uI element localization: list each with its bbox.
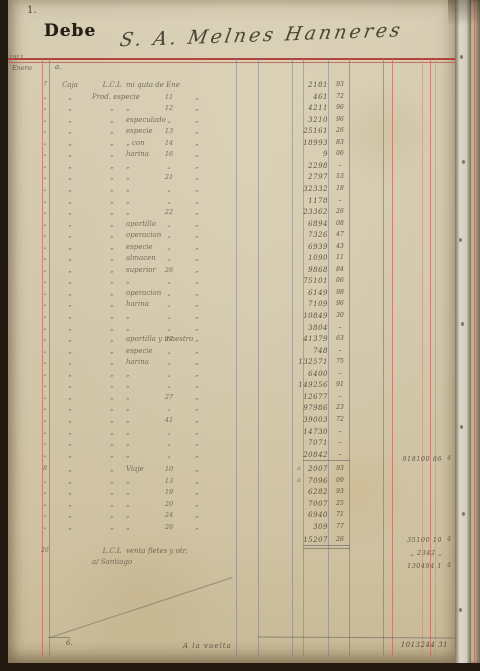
ledger-row: „„„„22„2336226: [8, 207, 455, 218]
cell-d: „: [190, 172, 204, 182]
cell-n: „: [160, 230, 178, 240]
right-total: 35100 10: [380, 536, 442, 544]
cell-cts: 26: [332, 207, 348, 217]
cell-c: „: [126, 522, 190, 532]
cell-a: „: [57, 115, 83, 125]
cell-n: „: [160, 346, 178, 356]
cell-amt: 32332: [248, 184, 328, 194]
cell-amt: 6282: [248, 487, 328, 497]
cell-c: „: [126, 510, 190, 520]
adjacent-page-edge: [471, 0, 480, 663]
cell-cts: 75: [332, 357, 348, 367]
cell-c: „ con: [126, 138, 190, 148]
cell-amt: 4211: [248, 103, 328, 113]
cell-cts: 77: [332, 522, 348, 532]
ledger-row: 7CajaL.C.Lmi quta de Ene218193: [8, 80, 455, 91]
cell-cts: –: [332, 161, 348, 171]
cell-d: „: [190, 346, 204, 356]
cell-n: „: [160, 184, 178, 194]
cell-c: Viaje: [126, 464, 190, 474]
cell-cts: –: [332, 427, 348, 437]
cell-d: „: [190, 438, 204, 448]
cell-d: „: [190, 392, 204, 402]
cell-c: operacion: [126, 230, 190, 240]
corner-shadow: [448, 0, 480, 26]
cell-cts: –: [332, 450, 348, 460]
ledger-row: „„„especie„„748–: [8, 346, 455, 357]
cell-amt: 6400: [248, 369, 328, 379]
cell-a: „: [57, 230, 83, 240]
cell-n: „: [160, 242, 178, 252]
cell-d: „: [190, 522, 204, 532]
ledger-row: „„„„„„6400–: [8, 369, 455, 380]
cell-c: aportillo: [126, 219, 190, 229]
cell-day: „: [38, 242, 52, 252]
cell-cts: 43: [332, 242, 348, 252]
cell-d: „: [190, 323, 204, 333]
fold-speck: [462, 160, 465, 164]
ledger-row: „„„operacion„„732647: [8, 230, 455, 241]
cell-day: „: [38, 219, 52, 229]
cell-amt: 1178: [248, 196, 328, 206]
cell-amt: 9868: [248, 265, 328, 275]
cell-amt: 2181: [248, 80, 328, 90]
cell-cts: 98: [332, 288, 348, 298]
cell-amt: 7096: [248, 476, 328, 486]
cell-c: „: [126, 450, 190, 460]
cell-d: „: [190, 265, 204, 275]
cell-amt: 18993: [248, 138, 328, 148]
cell-c: „: [126, 172, 190, 182]
cell-cts: 06: [332, 149, 348, 159]
ledger-row: „„„almacen„„109011: [8, 253, 455, 264]
cell-a: „: [57, 92, 83, 102]
cell-c: superior: [126, 265, 190, 275]
cell-amt: 10849: [248, 311, 328, 321]
ledger-row: „„„especie„„693943: [8, 242, 455, 253]
cell-amt: 41379: [248, 334, 328, 344]
cell-c: harina: [126, 149, 190, 159]
cell-c: „: [126, 103, 190, 113]
cell-a: „: [57, 346, 83, 356]
cell-d: „: [190, 369, 204, 379]
cell-d: „: [190, 288, 204, 298]
cell-d: „: [190, 115, 204, 125]
cell-d: „: [190, 357, 204, 367]
right-total-mark: 4: [444, 455, 454, 462]
fold-speck: [461, 322, 464, 326]
cell-cts: –: [332, 323, 348, 333]
cell-n: „: [160, 219, 178, 229]
cell-amt: 14730: [248, 427, 328, 437]
cell-cts: 09: [332, 476, 348, 486]
cell-cts: –: [332, 369, 348, 379]
cell-n: „: [160, 357, 178, 367]
cell-c: almacen: [126, 253, 190, 263]
cell-cts: 53: [332, 172, 348, 182]
cell-day: „: [38, 438, 52, 448]
cell-n: 24: [160, 510, 178, 520]
cell-d: „: [190, 149, 204, 159]
cell-cts: 96: [332, 299, 348, 309]
cell-day: „: [38, 510, 52, 520]
ledger-row: „„„„„„3233218: [8, 184, 455, 195]
cell-d: „: [190, 161, 204, 171]
cell-c: „: [126, 403, 190, 413]
cell-amt: 309: [248, 522, 328, 532]
cell-day: 26: [38, 546, 52, 556]
cell-c: „: [126, 415, 190, 425]
cell-amt: 75101: [248, 276, 328, 286]
cell-a: Caja: [57, 80, 83, 90]
cell-d: „: [190, 450, 204, 460]
cell-n: 19: [160, 487, 178, 497]
ledger-row: „„„„„„1084930: [8, 311, 455, 322]
cell-c: venta fletes y otr.: [126, 546, 190, 556]
cell-day: „: [38, 499, 52, 509]
cell-d: „: [190, 464, 204, 474]
cell-n: „: [160, 196, 178, 206]
cell-cts: 83: [332, 138, 348, 148]
cell-amt: 39003: [248, 415, 328, 425]
fold-speck: [460, 55, 463, 59]
cell-day: 7: [38, 80, 52, 90]
cell-c: „: [126, 487, 190, 497]
cell-a: „: [57, 265, 83, 275]
ledger-row: „„„superior26„986884: [8, 265, 455, 276]
cell-c: operacion: [126, 288, 190, 298]
cell-a: „: [57, 522, 83, 532]
cell-cts: 30: [332, 311, 348, 321]
ledger-row: „„„especie13„2516126: [8, 126, 455, 137]
cell-a: „: [57, 415, 83, 425]
cell-n: 22: [160, 207, 178, 217]
cell-c: „: [126, 161, 190, 171]
cell-amt: 23362: [248, 207, 328, 217]
ledger-row: „„„„„„7071–: [8, 438, 455, 449]
cell-c: „: [126, 476, 190, 486]
cell-day: „: [38, 196, 52, 206]
cell-a: „: [57, 380, 83, 390]
cell-n: 21: [160, 172, 178, 182]
cell-c: especie: [126, 126, 190, 136]
cell-day: „: [38, 415, 52, 425]
cell-cts: 47: [332, 230, 348, 240]
right-total-mark: 4: [444, 562, 454, 569]
ledger-row: „„„„12„421196: [8, 103, 455, 114]
cell-day: „: [38, 357, 52, 367]
cell-day: „: [38, 369, 52, 379]
cell-n: „: [160, 403, 178, 413]
viaje-row: „„„„24„694071: [8, 510, 455, 521]
cell-d: „: [190, 184, 204, 194]
cell-a: „: [57, 138, 83, 148]
cell-n: 10: [160, 464, 178, 474]
cell-d: „: [190, 427, 204, 437]
cell-day: „: [38, 334, 52, 344]
cell-d: „: [190, 299, 204, 309]
ledger-row: „„„aportilla y maestro27„4137963: [8, 334, 455, 345]
cell-n: 11: [160, 92, 178, 102]
cell-a: „: [57, 476, 83, 486]
cell-amt: 149256: [248, 380, 328, 390]
cell-a: „: [57, 427, 83, 437]
cell-c: „: [126, 499, 190, 509]
ledger-row: „„„„41„3900372: [8, 415, 455, 426]
cell-day: „: [38, 207, 52, 217]
cell-a: „: [57, 392, 83, 402]
cell-a: „: [57, 464, 83, 474]
cell-a: „: [57, 357, 83, 367]
cell-day: „: [38, 103, 52, 113]
ledger-row: „„„harina„„13257175: [8, 357, 455, 368]
cell-c: „: [126, 196, 190, 206]
grand-total-value: 1013244 31: [380, 641, 448, 649]
cell-cts: 72: [332, 415, 348, 425]
cell-a: „: [57, 149, 83, 159]
cell-c: „: [126, 438, 190, 448]
cell-day: „: [38, 403, 52, 413]
cell-c: „: [126, 380, 190, 390]
cell-n: 12: [160, 103, 178, 113]
cell-cts: 93: [332, 487, 348, 497]
right-total: „ 2342 „: [380, 549, 442, 557]
cell-d: „: [190, 138, 204, 148]
cell-a: „: [57, 126, 83, 136]
cell-cts: 84: [332, 265, 348, 275]
cell-amt: 2007: [248, 464, 328, 474]
ledger-row: „„„„„„9798623: [8, 403, 455, 414]
right-total-mark: 4: [444, 536, 454, 543]
cell-n: „: [160, 369, 178, 379]
adjacent-page-margin-line: [474, 0, 475, 663]
cell-d: „: [190, 311, 204, 321]
cell-c: harina: [126, 299, 190, 309]
cell-day: „: [38, 161, 52, 171]
cell-d: „: [190, 487, 204, 497]
cell-amt: 3804: [248, 323, 328, 333]
ledger-paper: 1. Debe S. A. Melnes Hanneres 1913 Enero…: [8, 0, 455, 663]
cell-day: „: [38, 172, 52, 182]
cell-amt: 748: [248, 346, 328, 356]
cell-a: „: [57, 219, 83, 229]
cell-c: „: [126, 311, 190, 321]
cell-day: „: [38, 346, 52, 356]
cell-b: Prod. especie: [92, 92, 132, 102]
cell-cts: 72: [332, 92, 348, 102]
cell-a: „: [57, 334, 83, 344]
cell-c: especulado: [126, 115, 190, 125]
cell-cts: 93: [332, 464, 348, 474]
cell-day: „: [38, 476, 52, 486]
cell-amt: 6939: [248, 242, 328, 252]
ledger-row: „„Prod. especie11„46172: [8, 92, 455, 103]
cell-amt: 3210: [248, 115, 328, 125]
cell-n: 41: [160, 415, 178, 425]
cell-a: „: [57, 103, 83, 113]
cell-cts: 91: [332, 380, 348, 390]
cell-amt: 6894: [248, 219, 328, 229]
cell-a: „: [57, 311, 83, 321]
cell-d: „: [190, 207, 204, 217]
cell-a: „: [57, 288, 83, 298]
cell-amt: 461: [248, 92, 328, 102]
cell-d: „: [190, 276, 204, 286]
cell-day: „: [38, 276, 52, 286]
cell-d: „: [190, 380, 204, 390]
cell-a: „: [57, 196, 83, 206]
cell-cts: 08: [332, 219, 348, 229]
ledger-row: „„„„„„3804–: [8, 323, 455, 334]
cell-a: „: [57, 438, 83, 448]
cell-day: „: [38, 115, 52, 125]
cell-a: „: [57, 499, 83, 509]
cell-d: „: [190, 196, 204, 206]
ledger-row: „„„„„„14730–: [8, 427, 455, 438]
cell-cts: –: [332, 346, 348, 356]
cell-n: „: [160, 380, 178, 390]
cell-amt: 25161: [248, 126, 328, 136]
ledger-row: „„„„„„14925691: [8, 380, 455, 391]
viaje-row: „„„„13„a709609: [8, 476, 455, 487]
fold-speck: [462, 512, 465, 516]
cell-n: 14: [160, 138, 178, 148]
carried-forward-label: A la vuelta: [183, 642, 232, 650]
cell-a: „: [57, 403, 83, 413]
cell-day: „: [38, 230, 52, 240]
cell-n: „: [160, 450, 178, 460]
cell-n: 16: [160, 149, 178, 159]
cell-day: „: [38, 380, 52, 390]
cell-a: „: [57, 299, 83, 309]
cell-n: „: [160, 299, 178, 309]
cell-n: 26: [160, 265, 178, 275]
cell-d: „: [190, 415, 204, 425]
ledger-row: „„„harina„„710996: [8, 299, 455, 310]
cell-a: „: [57, 323, 83, 333]
cell-day: „: [38, 138, 52, 148]
cell-c: „: [126, 392, 190, 402]
cell-day: „: [38, 487, 52, 497]
cell-cts: 93: [332, 80, 348, 90]
ledger-row: „„„„„„2298–: [8, 161, 455, 172]
cell-cts: 26: [332, 535, 348, 545]
ledger-row: „„„„27„12677–: [8, 392, 455, 403]
ledger-row: „„„„ con14„1899383: [8, 138, 455, 149]
cell-a: „: [57, 184, 83, 194]
viaje-row: „„„„26„30977: [8, 522, 455, 533]
cell-day: „: [38, 265, 52, 275]
cell-d: „: [190, 230, 204, 240]
cell-amt: 2797: [248, 172, 328, 182]
cell-cts: 23: [332, 403, 348, 413]
cell-cts: 63: [332, 334, 348, 344]
cell-cts: –: [332, 196, 348, 206]
cell-a: „: [57, 369, 83, 379]
cell-d: „: [190, 334, 204, 344]
fold-speck: [459, 238, 462, 242]
cell-cts: 96: [332, 115, 348, 125]
cell-day: „: [38, 392, 52, 402]
cell-n: „: [160, 115, 178, 125]
cell-day: „: [38, 522, 52, 532]
cell-c: „: [126, 184, 190, 194]
cell-cts: 06: [332, 276, 348, 286]
ledger-row: „„„especulado„„321096: [8, 115, 455, 126]
cell-day: „: [38, 126, 52, 136]
cell-n: „: [160, 161, 178, 171]
cell-amt: 7071: [248, 438, 328, 448]
cell-c: harina: [126, 357, 190, 367]
cell-amt: 2298: [248, 161, 328, 171]
scanned-ledger-photo: 1. Debe S. A. Melnes Hanneres 1913 Enero…: [0, 0, 480, 671]
cell-cts: –: [332, 438, 348, 448]
fold-speck: [460, 425, 463, 429]
cell-day: „: [38, 427, 52, 437]
cell-n: 27: [160, 334, 178, 344]
cell-day: „: [38, 288, 52, 298]
cell-n: 27: [160, 392, 178, 402]
cell-cts: 11: [332, 253, 348, 263]
viaje-row: 8„„Viaje10„a200793: [8, 464, 455, 475]
cell-a: „: [57, 242, 83, 252]
page-fold-edge: [455, 0, 471, 663]
cell-amt: 6940: [248, 510, 328, 520]
cell-c: mi quta de Ene: [126, 80, 190, 90]
cell-a: „: [57, 487, 83, 497]
cell-n: 13: [160, 476, 178, 486]
cell-d: „: [190, 476, 204, 486]
cell-d: „: [190, 126, 204, 136]
entry-rows-layer: 7CajaL.C.Lmi quta de Ene218193„„Prod. es…: [8, 0, 455, 663]
cell-amt: 7326: [248, 230, 328, 240]
cell-cts: 96: [332, 103, 348, 113]
cell-day: 8: [38, 464, 52, 474]
cell-c: aportilla y maestro: [126, 334, 190, 344]
ledger-row: „„„„„„1178–: [8, 196, 455, 207]
cell-day: „: [38, 149, 52, 159]
cell-a: „: [57, 253, 83, 263]
cell-amt: 20842: [248, 450, 328, 460]
cell-n: „: [160, 427, 178, 437]
cell-a: „: [57, 207, 83, 217]
cell-a: „: [57, 276, 83, 286]
cell-n: „: [160, 323, 178, 333]
cell-day: „: [38, 323, 52, 333]
cell-cts: 18: [332, 184, 348, 194]
ledger-row: „„„operacion„„614998: [8, 288, 455, 299]
cell-day: „: [38, 253, 52, 263]
cell-day: „: [38, 184, 52, 194]
cell-c: „: [126, 276, 190, 286]
ledger-row: „„„harina16„906: [8, 149, 455, 160]
cell-a: „: [57, 510, 83, 520]
cell-d: „: [190, 242, 204, 252]
cell-day: „: [38, 92, 52, 102]
cell-amt: 6149: [248, 288, 328, 298]
cell-a: „: [57, 450, 83, 460]
cell-amt: 7109: [248, 299, 328, 309]
cell-n: 20: [160, 499, 178, 509]
cell-cts: 25: [332, 499, 348, 509]
cell-d: „: [190, 219, 204, 229]
viaje-row: „„„„19„628293: [8, 487, 455, 498]
ledger-row: „„„aportillo„„689408: [8, 219, 455, 230]
cell-n: „: [160, 253, 178, 263]
cell-n: 13: [160, 126, 178, 136]
cell-d: „: [190, 510, 204, 520]
cell-n: 26: [160, 522, 178, 532]
